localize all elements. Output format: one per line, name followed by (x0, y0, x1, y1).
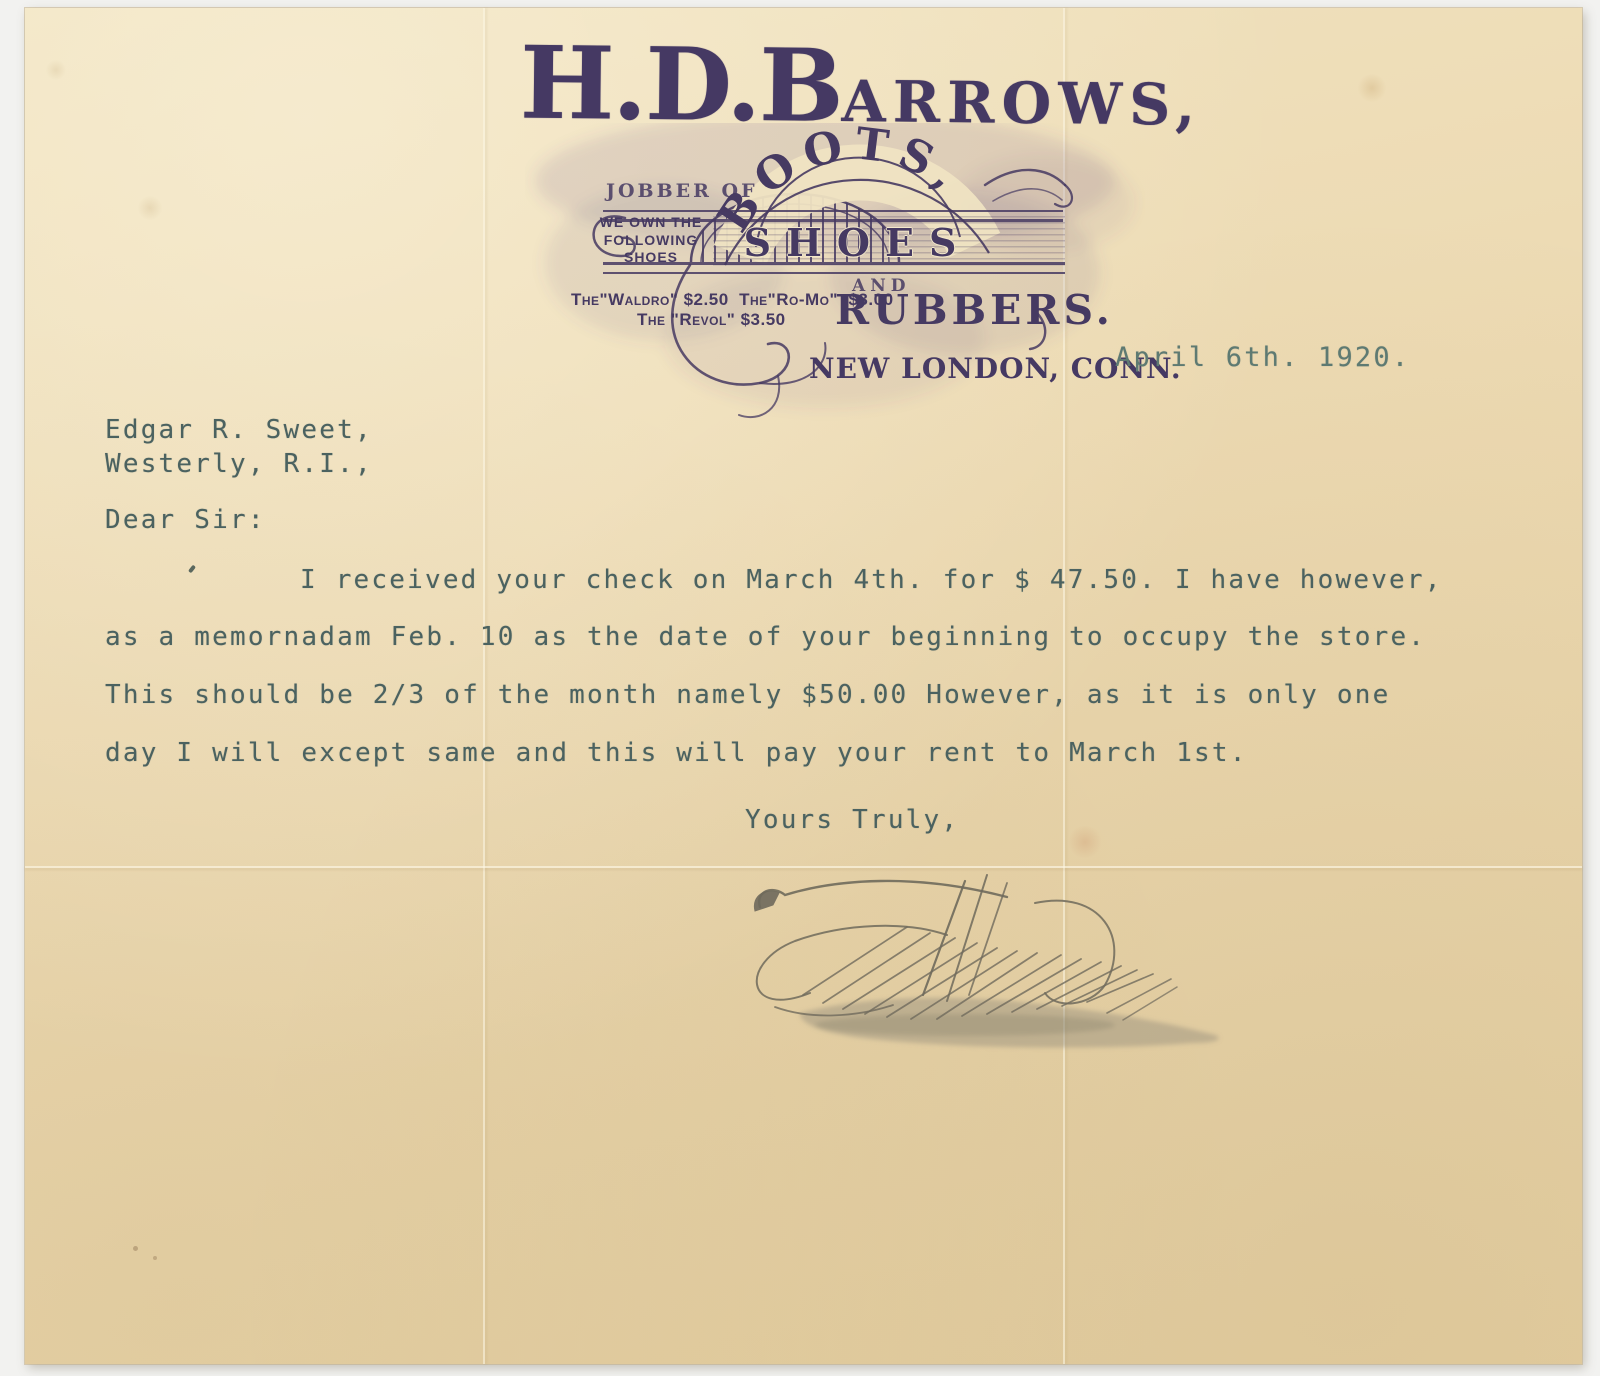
pencil-smudge (800, 998, 1219, 1048)
price-line-2: The "Revol" $3.50 (637, 310, 786, 330)
letterhead-engraving: BOOTS, (525, 123, 1145, 433)
rubbers-word: RUBBERS. (835, 286, 1114, 334)
badge-line-2: FOLLOWING (591, 232, 711, 250)
jobber-of-label: JOBBER OF (606, 180, 758, 202)
salutation: Dear Sir: (105, 505, 266, 535)
signature-scribble (715, 843, 1275, 1078)
body-line-4: day I will except same and this will pay… (105, 738, 1248, 768)
company-initial-b: B (759, 26, 843, 145)
stain-top-right (1357, 74, 1387, 102)
body-line-3: This should be 2/3 of the month namely $… (105, 680, 1390, 710)
company-name-rest: ARROWS, (841, 68, 1202, 139)
we-own-badge: WE OWN THE FOLLOWING SHOES (591, 214, 711, 267)
stain-top-left (137, 196, 163, 220)
pencil-strokes (754, 875, 1177, 1020)
company-name: H.D.BARROWS, (519, 31, 1160, 143)
badge-line-3: SHOES (591, 249, 711, 267)
body-line-1: I received your check on March 4th. for … (300, 565, 1443, 595)
recipient-city: Westerly, R.I., (105, 449, 373, 479)
rule-top-thin (603, 210, 1063, 212)
ink-speck (188, 565, 196, 574)
company-initial-h: H. (519, 24, 646, 143)
speck-bottom-left (133, 1246, 138, 1251)
rule-bottom-thin (603, 272, 1065, 274)
badge-line-1: WE OWN THE (591, 214, 711, 232)
company-initial-d: D. (645, 25, 760, 144)
recipient-name: Edgar R. Sweet, (105, 415, 373, 445)
letter-date: April 6th. 1920. (1115, 342, 1410, 373)
speck-bottom-left-2 (153, 1256, 157, 1260)
stain-corner (45, 60, 67, 80)
body-line-2: as a memornadam Feb. 10 as the date of y… (105, 622, 1426, 652)
shoes-panel-word: SHOES (725, 220, 990, 265)
letter-paper: H.D.BARROWS, (25, 8, 1582, 1364)
closing: Yours Truly, (745, 805, 959, 835)
